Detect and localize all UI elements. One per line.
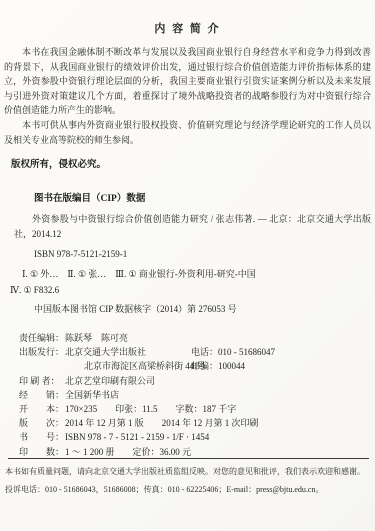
colophon-row-editor: 责任编辑：陈跃琴 陈可亮 — [19, 331, 369, 345]
colophon-row-book-number: 书 号：ISBN 978 - 7 - 5121 - 2159 - 1/F · 1… — [19, 430, 369, 444]
cip-class-number-line: Ⅳ. ① F832.6 — [10, 285, 59, 296]
row-label: 书 号： — [19, 430, 65, 444]
row-value: 北京艺堂印刷有限公司 — [65, 376, 155, 386]
colophon-row-edition: 版 次：2014 年 12 月第 1 版 2014 年 12 月第 1 次印刷 — [19, 416, 369, 430]
row-label: 出版发行： — [19, 345, 65, 359]
copyright-notice: 版权所有，侵权必究。 — [11, 156, 106, 170]
colophon-row-publisher: 出版发行：北京交通大学出版社电话：010 - 51686047 — [19, 345, 369, 359]
footer-divider-line — [8, 458, 369, 459]
row-label: 版 次： — [19, 416, 65, 430]
intro-paragraph-1: 本书在我国金融体制不断改革与发展以及我国商业银行自身经营水平和竞争力得到改善的背… — [4, 45, 371, 118]
copyright-page: 内 容 简 介 本书在我国金融体制不断改革与发展以及我国商业银行自身经营水平和竞… — [0, 0, 375, 531]
cip-classification-line: Ⅰ. ① 外… Ⅱ. ① 张… Ⅲ. ① 商业银行-外资利用-研究-中国 — [22, 267, 256, 280]
row-value: 全国新华书店 — [65, 390, 119, 400]
colophon-block: 责任编辑：陈跃琴 陈可亮 出版发行：北京交通大学出版社电话：010 - 5168… — [19, 331, 369, 459]
row-label: 印 数： — [19, 445, 65, 459]
footer-section: 本书如有质量问题，请向北京交通大学出版社质监组反映。对您的意见和批评，我们表示欢… — [5, 463, 371, 499]
row-value: 2014 年 12 月第 1 版 2014 年 12 月第 1 次印刷 — [65, 418, 259, 428]
cip-description: 外资参股与中资银行综合价值创造能力研究 / 张志伟著. — 北京：北京交通大学出… — [14, 212, 371, 242]
row-value: 北京市海淀区高梁桥斜街 44 号 — [65, 361, 206, 371]
row-right-value: 邮编：100044 — [191, 359, 245, 373]
cip-header: 图书在版编目（CIP）数据 — [34, 190, 145, 204]
row-label: 责任编辑： — [19, 331, 65, 345]
colophon-row-address: 北京市海淀区高梁桥斜街 44 号邮编：100044 — [19, 359, 369, 373]
intro-section: 本书在我国金融体制不断改革与发展以及我国商业银行自身经营水平和竞争力得到改善的背… — [4, 45, 371, 147]
colophon-row-printer: 印 刷 者：北京艺堂印刷有限公司 — [19, 374, 369, 388]
row-value: 陈跃琴 陈可亮 — [65, 333, 128, 343]
row-value: 170×235 印张：11.5 字数：187 千字 — [65, 404, 236, 414]
colophon-row-print-run: 印 数：1 ～ 1 200 册 定价：36.00 元 — [19, 445, 369, 459]
row-value: ISBN 978 - 7 - 5121 - 2159 - 1/F · 1454 — [65, 432, 209, 442]
row-value: 1 ～ 1 200 册 定价：36.00 元 — [65, 447, 191, 457]
intro-title: 内 容 简 介 — [0, 20, 375, 36]
colophon-row-distributor: 经 销：全国新华书店 — [19, 388, 369, 402]
row-value: 北京交通大学出版社 — [65, 347, 146, 357]
cip-isbn: ISBN 978-7-5121-2159-1 — [34, 249, 127, 259]
footer-quality-notice: 本书如有质量问题，请向北京交通大学出版社质监组反映。对您的意见和批评，我们表示欢… — [5, 463, 371, 481]
footer-contact-info: 投诉电话：010 - 51686043，51686008；传真：010 - 62… — [5, 481, 371, 499]
intro-paragraph-2: 本书可供从事内外资商业银行股权投资、价值研究理论与经济学理论研究的工作人员以及相… — [4, 118, 371, 147]
colophon-row-format: 开 本：170×235 印张：11.5 字数：187 千字 — [19, 402, 369, 416]
row-label: 开 本： — [19, 402, 65, 416]
row-label: 印 刷 者： — [19, 374, 65, 388]
cip-record-number: 中国版本图书馆 CIP 数据核字（2014）第 276053 号 — [34, 302, 237, 315]
row-label: 经 销： — [19, 388, 65, 402]
row-right-value: 电话：010 - 51686047 — [191, 345, 275, 359]
